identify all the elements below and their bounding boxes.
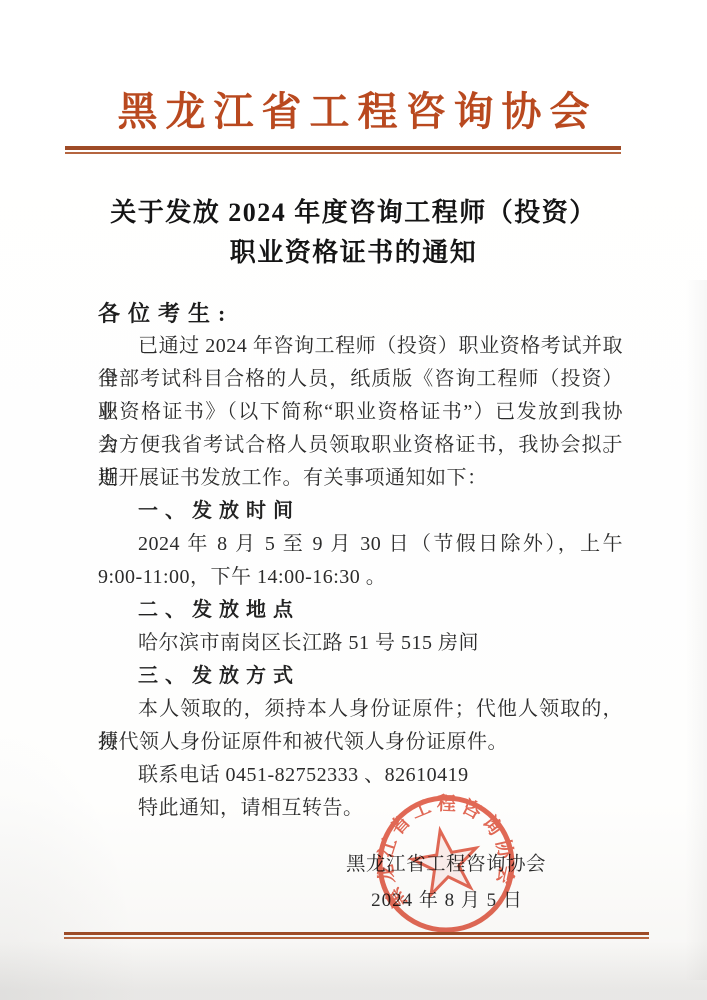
header-divider <box>65 146 621 154</box>
header-divider-thick-line <box>65 146 621 150</box>
notice-body: 各位考生: 已通过 2024 年咨询工程师（投资）职业资格考试并取得 全部考试科… <box>98 297 623 825</box>
body-line: 2024 年 8 月 5 至 9 月 30 日（节假日除外），上午 <box>98 528 623 561</box>
scanned-notice-page: 黑龙江省工程咨询协会 关于发放 2024 年度咨询工程师（投资） 职业资格证书的… <box>0 0 707 1000</box>
body-line: 持代领人身份证原件和被代领人身份证原件。 <box>98 726 623 759</box>
footer-divider-thin-line <box>64 937 649 939</box>
star-icon <box>408 825 482 897</box>
scan-shadow-bottom <box>0 941 707 1000</box>
body-line: 哈尔滨市南岗区长江路 51 号 515 房间 <box>98 627 623 660</box>
body-line: 已通过 2024 年咨询工程师（投资）职业资格考试并取得 <box>98 330 623 363</box>
body-line: 为方便我省考试合格人员领取职业资格证书，我协会拟于近 <box>98 429 623 462</box>
official-seal-stamp: 黑龙江省工程咨询协会 <box>359 777 533 951</box>
contact-phone-line: 联系电话 0451-82752333 、82610419 <box>98 759 623 792</box>
body-line: 9:00-11:00，下午 14:00-16:30 。 <box>98 561 623 594</box>
body-line: 全部考试科目合格的人员，纸质版《咨询工程师（投资）职 <box>98 363 623 396</box>
body-line: 业资格证书》（以下简称“职业资格证书”）已发放到我协会。 <box>98 396 623 429</box>
header-divider-thin-line <box>65 152 621 154</box>
section-heading-2: 二、发放地点 <box>98 594 623 627</box>
document-title-line-1: 关于发放 2024 年度咨询工程师（投资） <box>0 193 707 233</box>
scan-shadow-right <box>685 280 707 980</box>
org-header-title: 黑龙江省工程咨询协会 <box>0 86 707 138</box>
document-title: 关于发放 2024 年度咨询工程师（投资） 职业资格证书的通知 <box>0 193 707 273</box>
section-heading-3: 三、发放方式 <box>98 660 623 693</box>
section-heading-1: 一、发放时间 <box>98 495 623 528</box>
footer-divider <box>64 932 649 939</box>
document-title-line-2: 职业资格证书的通知 <box>0 233 707 273</box>
body-line: 期开展证书发放工作。有关事项通知如下： <box>98 462 623 495</box>
salutation: 各位考生: <box>98 297 623 330</box>
footer-divider-thick-line <box>64 932 649 935</box>
body-line: 本人领取的，须持本人身份证原件；代他人领取的，须 <box>98 693 623 726</box>
